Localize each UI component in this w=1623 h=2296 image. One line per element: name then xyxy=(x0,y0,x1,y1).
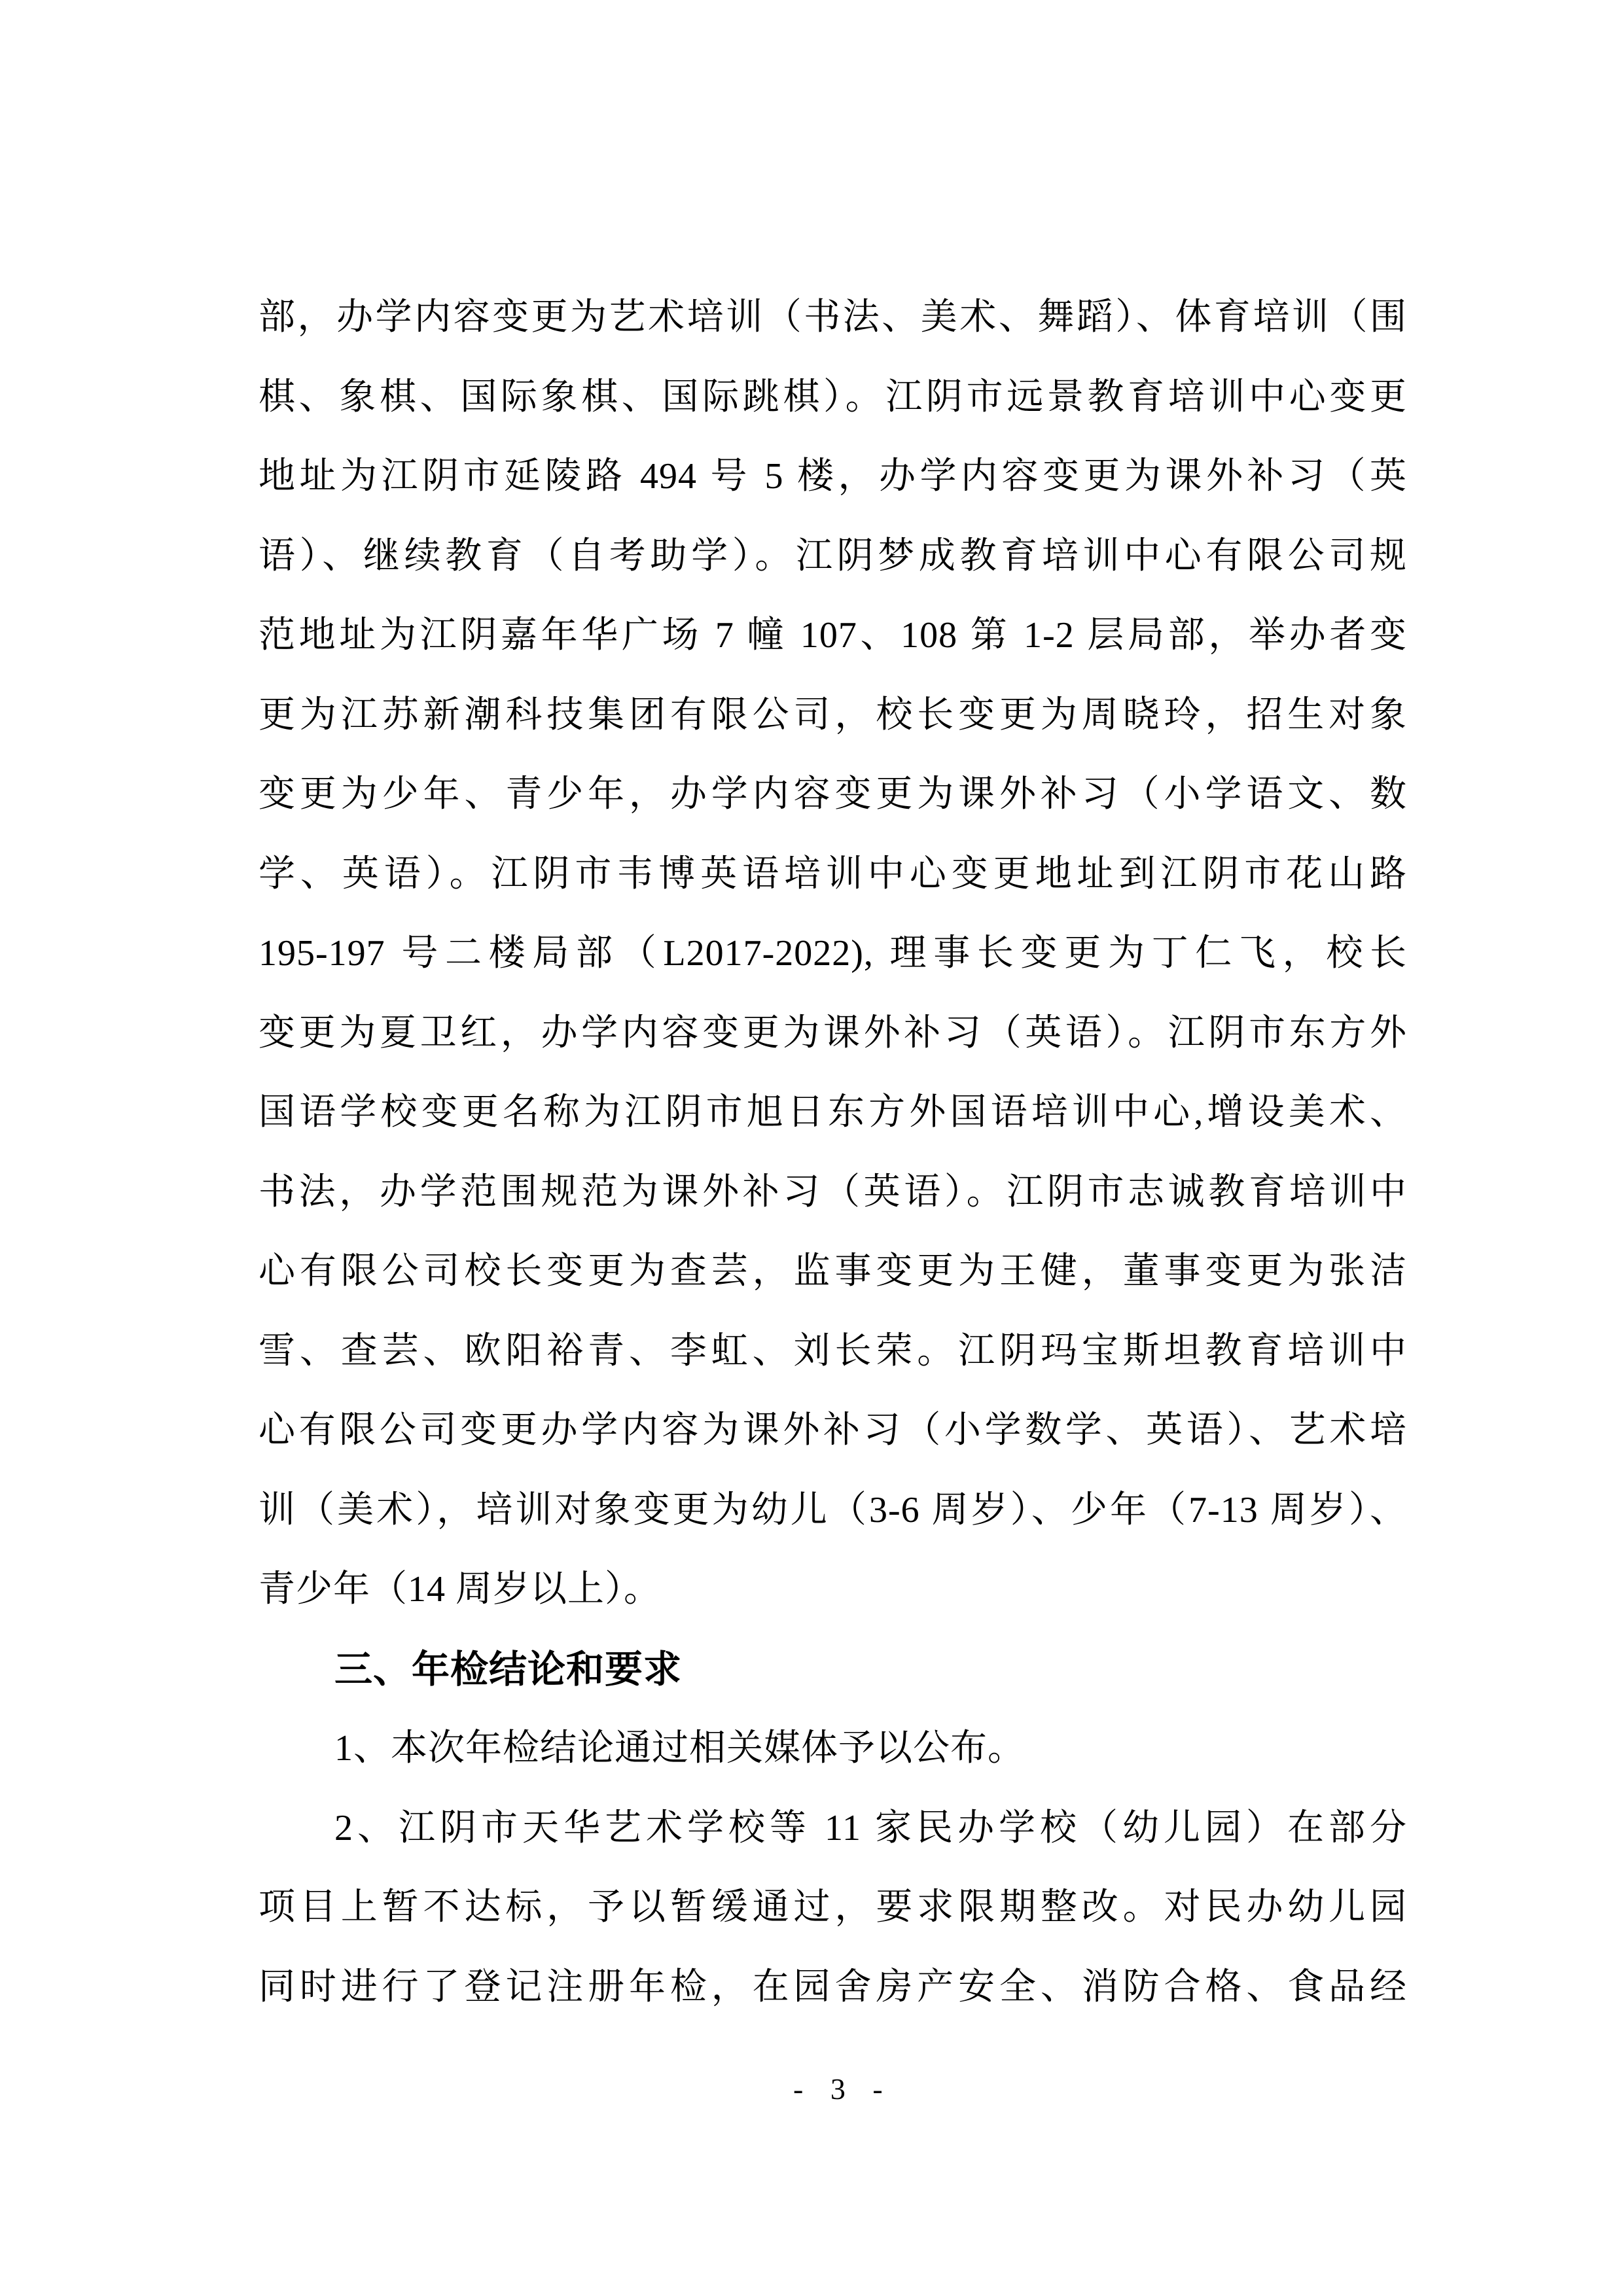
text-line: 国语学校变更名称为江阴市旭日东方外国语培训中心,增设美术、 xyxy=(259,1073,1407,1153)
text-line: 范地址为江阴嘉年华广场 7 幢 107、108 第 1-2 层局部，举办者变 xyxy=(259,596,1407,676)
text-line: 部，办学内容变更为艺术培训（书法、美术、舞蹈）、体育培训（围 xyxy=(259,278,1407,358)
section-heading: 三、年检结论和要求 xyxy=(259,1630,1407,1710)
numbered-item: 2、江阴市天华艺术学校等 11 家民办学校（幼儿园）在部分 xyxy=(259,1789,1407,1869)
text-line: 训（美术），培训对象变更为幼儿（3-6 周岁）、少年（7-13 周岁）、 xyxy=(259,1471,1407,1551)
text-line: 青少年（14 周岁以上）。 xyxy=(259,1550,1407,1630)
text-line: 地址为江阴市延陵路 494 号 5 楼，办学内容变更为课外补习（英 xyxy=(259,437,1407,517)
text-line: 195-197 号二楼局部（L2017-2022), 理事长变更为丁仁飞，校长 xyxy=(259,914,1407,994)
text-line: 更为江苏新潮科技集团有限公司，校长变更为周晓玲，招生对象 xyxy=(259,676,1407,756)
page-number: - 3 - xyxy=(793,2066,884,2112)
text-line: 变更为夏卫红，办学内容变更为课外补习（英语）。江阴市东方外 xyxy=(259,994,1407,1074)
text-line: 棋、象棋、国际象棋、国际跳棋）。江阴市远景教育培训中心变更 xyxy=(259,358,1407,438)
document-body: 部，办学内容变更为艺术培训（书法、美术、舞蹈）、体育培训（围 棋、象棋、国际象棋… xyxy=(259,278,1407,2027)
text-line: 学、英语）。江阴市韦博英语培训中心变更地址到江阴市花山路 xyxy=(259,835,1407,915)
text-line: 雪、查芸、欧阳裕青、李虹、刘长荣。江阴玛宝斯坦教育培训中 xyxy=(259,1312,1407,1392)
text-line: 同时进行了登记注册年检，在园舍房产安全、消防合格、食品经 xyxy=(259,1948,1407,2028)
text-line: 变更为少年、青少年，办学内容变更为课外补习（小学语文、数 xyxy=(259,755,1407,835)
text-line: 心有限公司变更办学内容为课外补习（小学数学、英语）、艺术培 xyxy=(259,1391,1407,1471)
text-line: 语）、继续教育（自考助学）。江阴梦成教育培训中心有限公司规 xyxy=(259,517,1407,597)
text-line: 心有限公司校长变更为查芸，监事变更为王健，董事变更为张洁 xyxy=(259,1232,1407,1312)
document-page: 部，办学内容变更为艺术培训（书法、美术、舞蹈）、体育培训（围 棋、象棋、国际象棋… xyxy=(0,0,1623,2296)
text-line: 书法，办学范围规范为课外补习（英语）。江阴市志诚教育培训中 xyxy=(259,1153,1407,1233)
text-line: 项目上暂不达标，予以暂缓通过，要求限期整改。对民办幼儿园 xyxy=(259,1868,1407,1948)
numbered-item: 1、本次年检结论通过相关媒体予以公布。 xyxy=(259,1709,1407,1789)
